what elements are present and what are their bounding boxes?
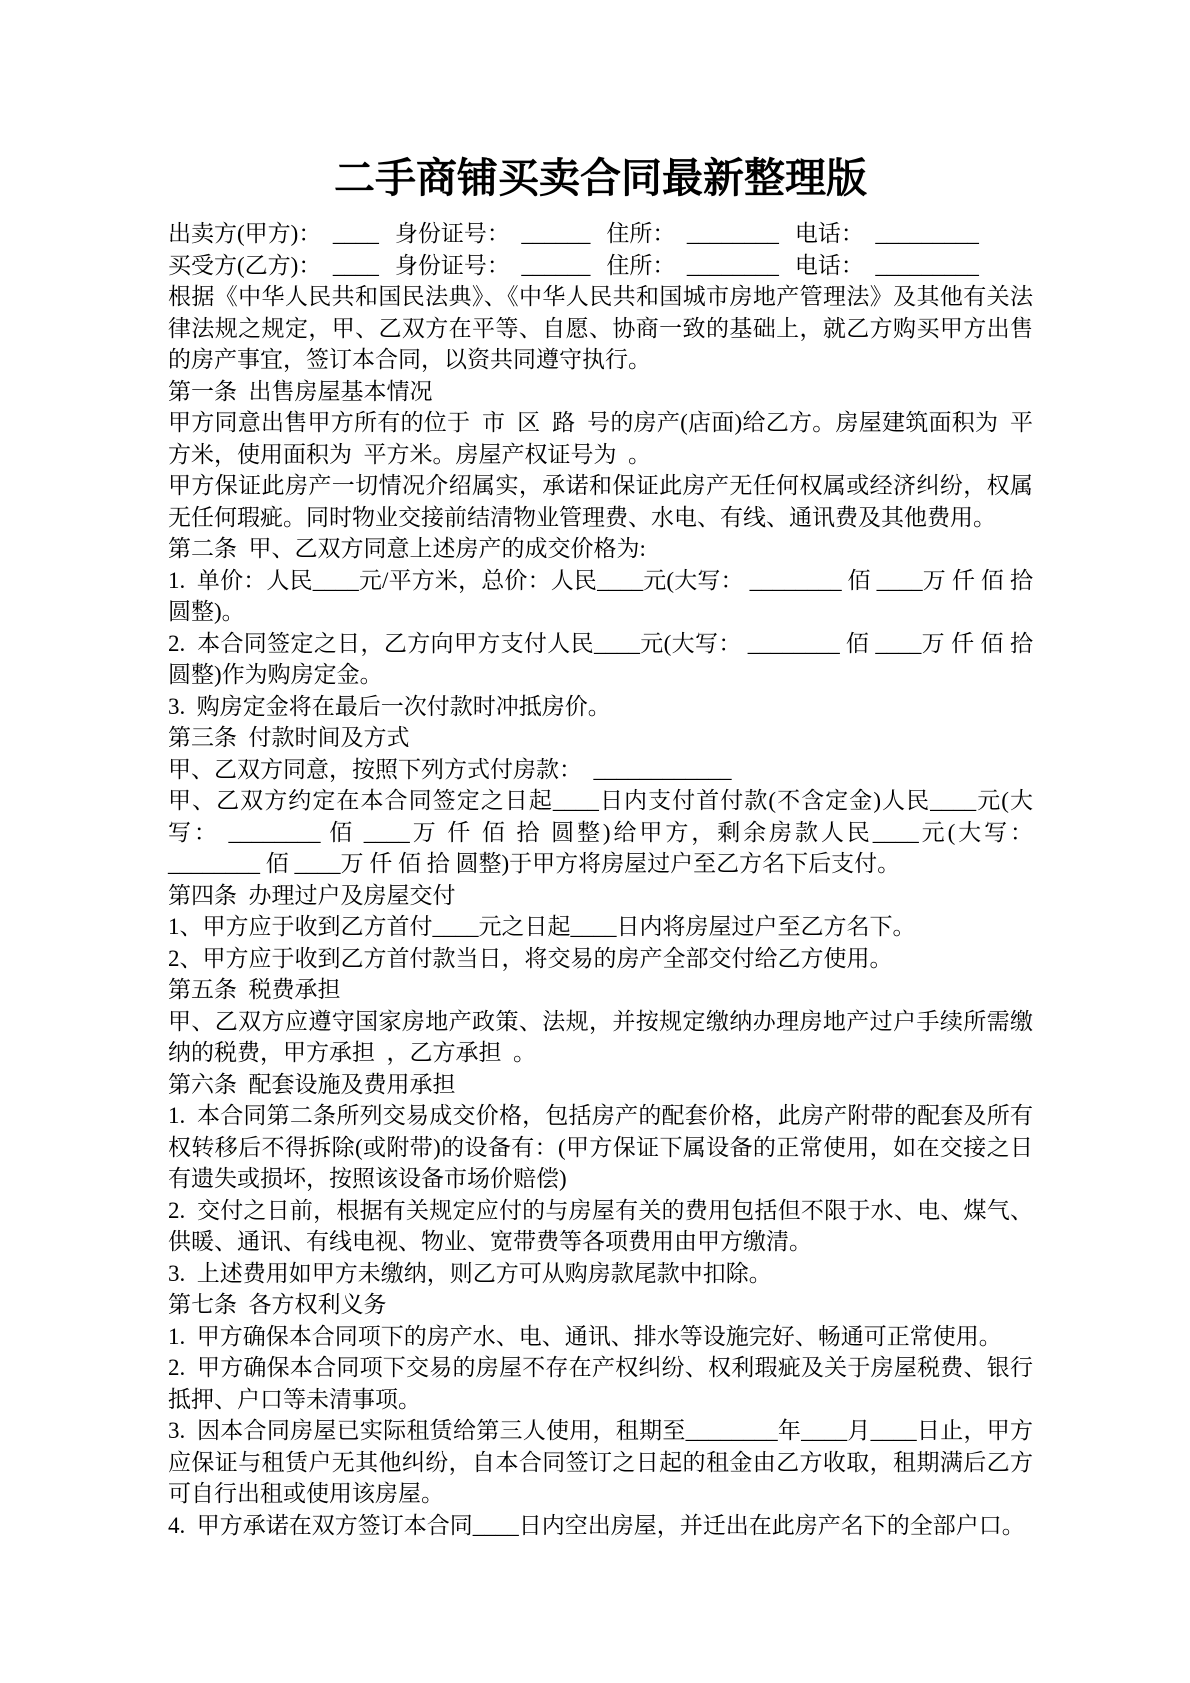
clause-3-paragraph-payment-schedule: 甲、乙双方约定在本合同签定之日起____日内支付首付款(不含定金)人民____元… [168, 785, 1033, 880]
clause-2-heading: 第二条 甲、乙双方同意上述房产的成交价格为: [168, 533, 1033, 565]
clause-2-item-1-unit-price: 1. 单价：人民____元/平方米，总价：人民____元(大写： _______… [168, 565, 1033, 628]
preamble-paragraph: 根据《中华人民共和国民法典》、《中华人民共和国城市房地产管理法》及其他有关法律法… [168, 281, 1033, 376]
clause-2-item-2-deposit: 2. 本合同签定之日，乙方向甲方支付人民____元(大写： ________ 佰… [168, 628, 1033, 691]
clause-3-paragraph-payment-method: 甲、乙双方同意，按照下列方式付房款： ____________ [168, 754, 1033, 786]
seller-address-field: 住所： ________ [606, 218, 779, 250]
clause-6-item-2-utility-fees: 2. 交付之日前，根据有关规定应付的与房屋有关的费用包括但不限于水、电、煤气、供… [168, 1195, 1033, 1258]
clause-4-item-1-transfer: 1、甲方应于收到乙方首付____元之日起____日内将房屋过户至乙方名下。 [168, 911, 1033, 943]
clause-4-heading: 第四条 办理过户及房屋交付 [168, 880, 1033, 912]
clause-7-item-4-vacate: 4. 甲方承诺在双方签订本合同____日内空出房屋，并迁出在此房产名下的全部户口… [168, 1510, 1033, 1542]
seller-phone-field: 电话： _________ [795, 218, 979, 250]
clause-5-heading: 第五条 税费承担 [168, 974, 1033, 1006]
buyer-name-field: 买受方(乙方)： ____ [168, 250, 379, 282]
party-buyer-line: 买受方(乙方)： ____ 身份证号： ______ 住所： ________ … [168, 250, 1033, 282]
document-title: 二手商铺买卖合同最新整理版 [168, 152, 1033, 204]
clause-6-item-1-equipment: 1. 本合同第二条所列交易成交价格，包括房产的配套价格，此房产附带的配套及所有权… [168, 1100, 1033, 1195]
clause-1-paragraph-property-info: 甲方同意出售甲方所有的位于 市 区 路 号的房产(店面)给乙方。房屋建筑面积为 … [168, 407, 1033, 470]
clause-2-item-3-deposit-offset: 3. 购房定金将在最后一次付款时冲抵房价。 [168, 691, 1033, 723]
clause-1-heading: 第一条 出售房屋基本情况 [168, 376, 1033, 408]
clause-6-item-3-fee-deduction: 3. 上述费用如甲方未缴纳，则乙方可从购房款尾款中扣除。 [168, 1258, 1033, 1290]
clause-7-item-1-facilities: 1. 甲方确保本合同项下的房产水、电、通讯、排水等设施完好、畅通可正常使用。 [168, 1321, 1033, 1353]
seller-id-field: 身份证号： ______ [395, 218, 591, 250]
clause-1-paragraph-guarantee: 甲方保证此房产一切情况介绍属实，承诺和保证此房产无任何权属或经济纠纷，权属无任何… [168, 470, 1033, 533]
clause-6-heading: 第六条 配套设施及费用承担 [168, 1069, 1033, 1101]
clause-7-item-2-no-disputes: 2. 甲方确保本合同项下交易的房屋不存在产权纠纷、权利瑕疵及关于房屋税费、银行抵… [168, 1352, 1033, 1415]
clause-4-item-2-delivery: 2、甲方应于收到乙方首付款当日，将交易的房产全部交付给乙方使用。 [168, 943, 1033, 975]
buyer-address-field: 住所： ________ [606, 250, 779, 282]
document-content: 二手商铺买卖合同最新整理版 出卖方(甲方)： ____ 身份证号： ______… [0, 0, 1190, 1541]
buyer-phone-field: 电话： _________ [795, 250, 979, 282]
clause-5-paragraph-taxes: 甲、乙双方应遵守国家房地产政策、法规，并按规定缴纳办理房地产过户手续所需缴纳的税… [168, 1006, 1033, 1069]
party-seller-line: 出卖方(甲方)： ____ 身份证号： ______ 住所： ________ … [168, 218, 1033, 250]
clause-7-item-3-lease: 3. 因本合同房屋已实际租赁给第三人使用，租期至________年____月__… [168, 1415, 1033, 1510]
clause-7-heading: 第七条 各方权利义务 [168, 1289, 1033, 1321]
buyer-id-field: 身份证号： ______ [395, 250, 591, 282]
clause-3-heading: 第三条 付款时间及方式 [168, 722, 1033, 754]
contract-document-page: 二手商铺买卖合同最新整理版 出卖方(甲方)： ____ 身份证号： ______… [0, 0, 1190, 1683]
seller-name-field: 出卖方(甲方)： ____ [168, 218, 379, 250]
